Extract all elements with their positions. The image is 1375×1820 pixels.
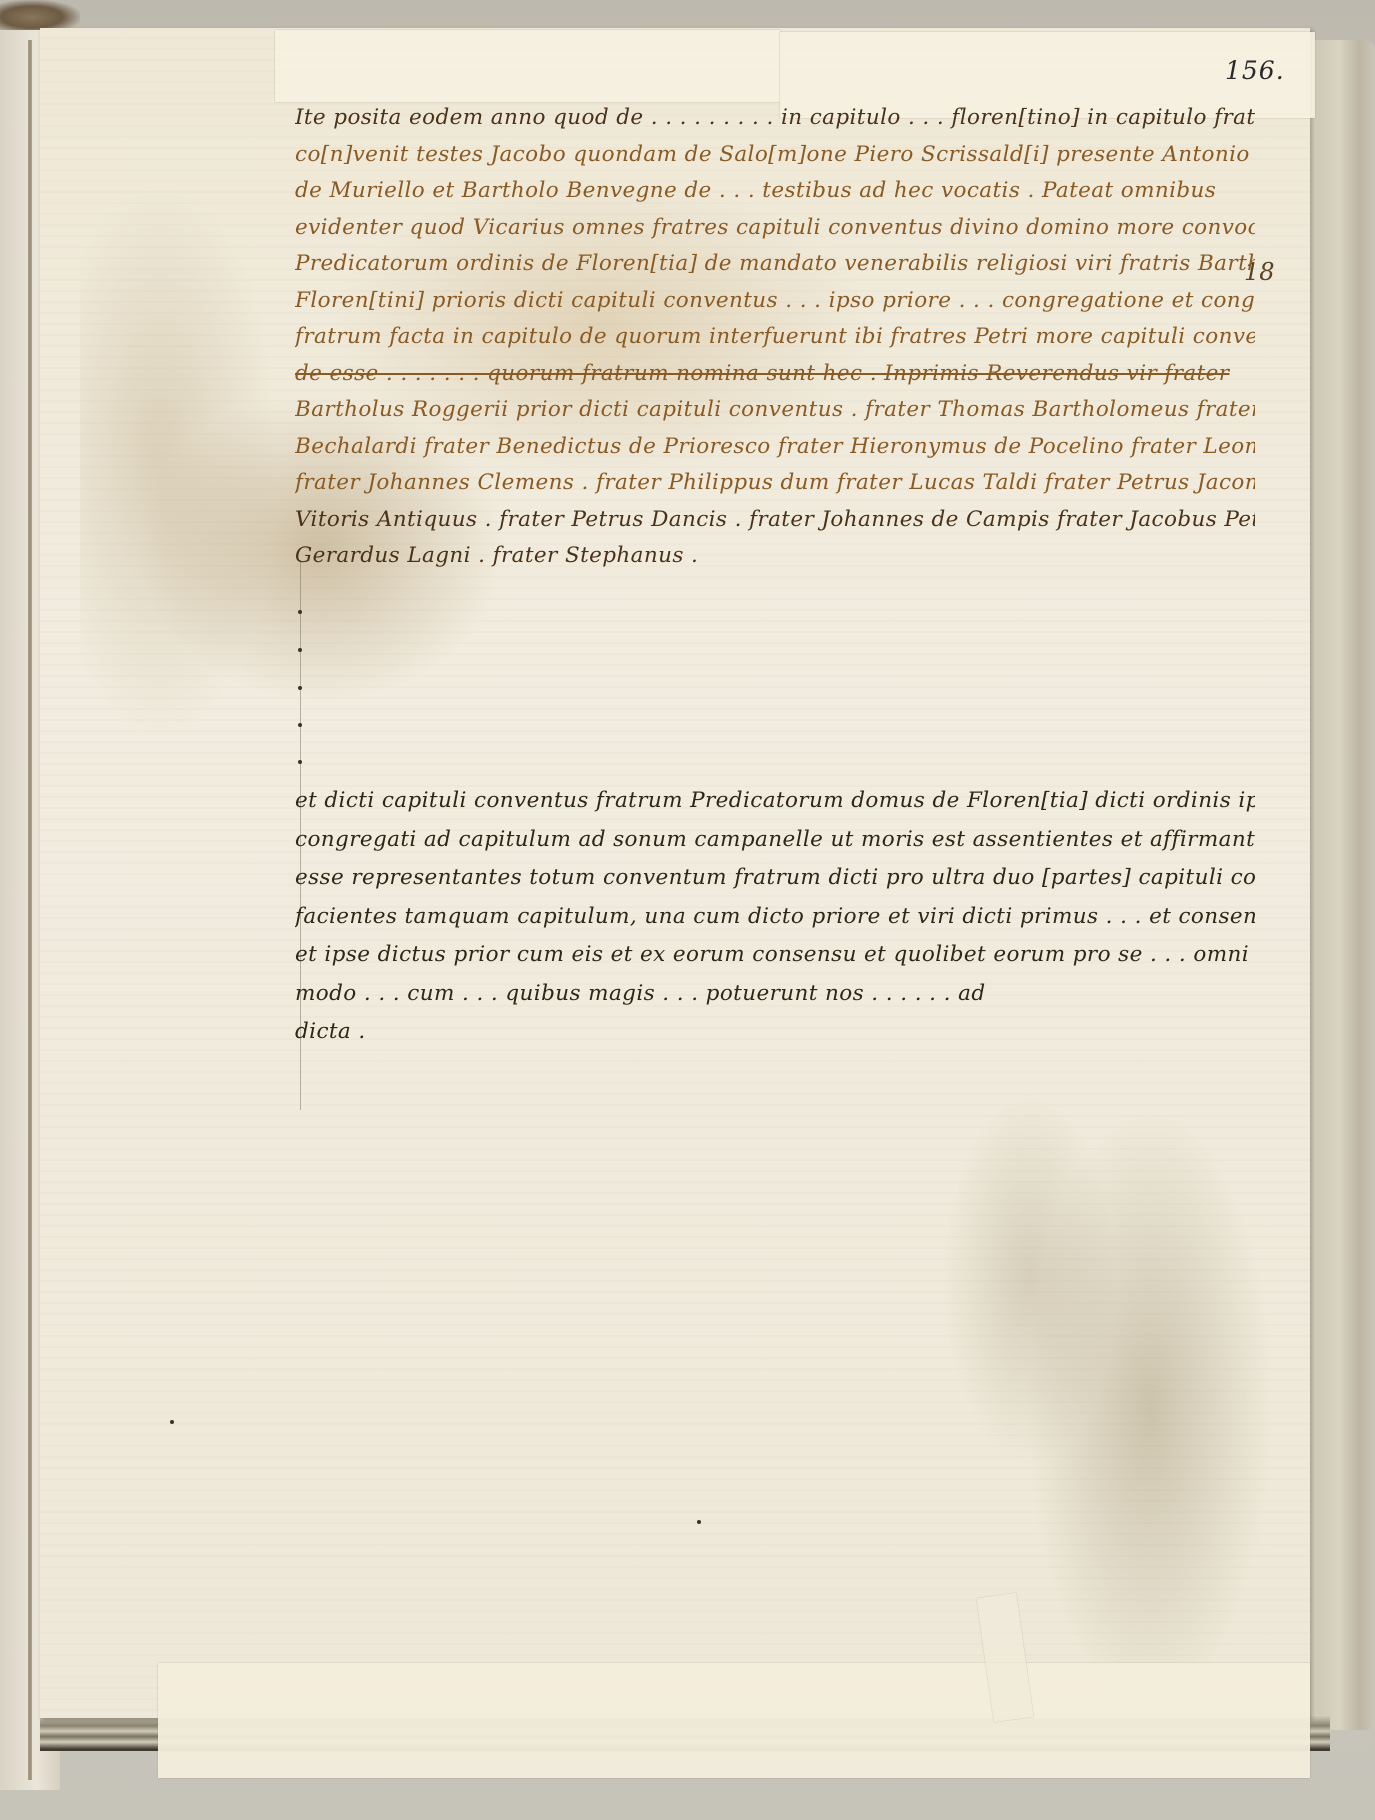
text-line: esse representantes totum conventum frat… [295,859,1255,898]
text-line: facientes tamquam capitulum, una cum dic… [295,898,1255,937]
pricking-mark [697,1520,701,1524]
text-line: dicta . [295,1013,1255,1052]
text-line: Gerardus Lagni . frater Stephanus . [295,538,1255,575]
text-line: Bartholus Roggerii prior dicti capituli … [295,392,1255,429]
text-line: et dicti capituli conventus fratrum Pred… [295,782,1255,821]
water-stain-left [80,180,280,740]
text-line: evidenter quod Vicarius omnes fratres ca… [295,210,1255,247]
pricking-mark [298,686,302,690]
lower-entry-text: et dicti capituli conventus fratrum Pred… [295,782,1255,1052]
pricking-mark [298,760,302,764]
repair-tape-bottom [158,1663,1310,1778]
text-line: Floren[tini] prioris dicti capituli conv… [295,283,1255,320]
text-line: congregati ad capitulum ad sonum campane… [295,821,1255,860]
text-line: de Muriello et Bartholo Benvegne de . . … [295,173,1255,210]
text-line: Vitoris Antiquus . frater Petrus Dancis … [295,502,1255,539]
pricking-mark [298,610,302,614]
text-line: modo . . . cum . . . quibus magis . . . … [295,975,1255,1014]
repair-tape-top-left [275,30,780,102]
text-line: co[n]venit testes Jacobo quondam de Salo… [295,137,1255,174]
text-line: et ipse dictus prior cum eis et ex eorum… [295,936,1255,975]
pricking-mark [298,723,302,727]
text-line: Ite posita eodem anno quod de . . . . . … [295,100,1255,137]
text-line: Predicatorum ordinis de Floren[tia] de m… [295,246,1255,283]
pricking-mark [298,648,302,652]
pricking-mark [170,1420,174,1424]
text-line: fratrum facta in capitulo de quorum inte… [295,319,1255,356]
text-line: frater Johannes Clemens . frater Philipp… [295,465,1255,502]
upper-entry-text: Ite posita eodem anno quod de . . . . . … [295,100,1255,575]
text-line-struck: de esse . . . . . . . quorum fratrum nom… [295,356,1255,393]
folio-number: 156. [1225,56,1285,85]
text-line: Bechalardi frater Benedictus de Prioresc… [295,429,1255,466]
gutter-fold [28,40,32,1780]
